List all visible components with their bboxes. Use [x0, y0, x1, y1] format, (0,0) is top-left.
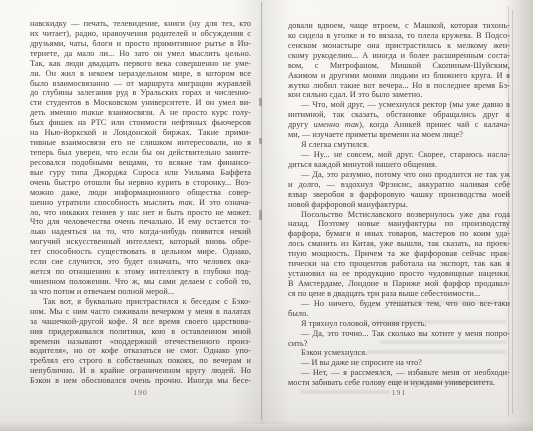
text-line: сти студентов в Московском университете.…	[30, 98, 251, 108]
right-page: довали вдвоем, чаще втроем, с Машкой, ко…	[288, 21, 510, 388]
text-line: мости забивать себе голову еще и нуждами…	[288, 378, 510, 388]
text-line: фарфора, бумаги и иных товаров, мастеров…	[288, 229, 510, 239]
text-line: лось сманить из Китая, уже вышли, так ск…	[288, 239, 510, 249]
page-stack-edge	[512, 10, 513, 414]
text-line: бых фишек на РТС или стоимости нефтяных …	[30, 118, 251, 128]
text-line: тернете, да мало ли... Но зато он умел м…	[30, 49, 251, 59]
text-line: можно даже, люди информационного обществ…	[30, 188, 251, 198]
book-photo: навскидку — печать, телевидение, книги (…	[0, 0, 533, 431]
text-line: — Да, это точно... Так сколько вы хотите…	[288, 329, 510, 339]
text-line: очень быстро отошли бы нервно курить в с…	[30, 178, 251, 188]
text-line: интимной, так сказать, обстановке обраща…	[288, 110, 510, 120]
text-line: ли. Он жил в некоем нераздельном мире, в…	[30, 69, 251, 79]
text-line: сить?	[288, 339, 510, 349]
text-line: — Что, мой друг, — усмехнулся ректор (мы…	[288, 100, 510, 110]
text-line: В Амстердаме, Лондоне и Париже мой фарфо…	[288, 279, 510, 289]
text-line: и долго, — вздохнул Фрэнсис, аккуратно н…	[288, 180, 510, 190]
text-line: тически на сто процентов работала на экс…	[288, 259, 510, 269]
text-line: диться каждой минутой нашего общения.	[288, 160, 510, 170]
text-line: если сие случится, это будет означать, ч…	[30, 257, 251, 267]
text-line: Акимом и другими моими людьми из ближнег…	[288, 71, 510, 81]
text-line: было.	[288, 309, 510, 319]
text-line: жутко любил такие вот вечера... Но в пос…	[288, 81, 510, 91]
text-line: деть именно такие взаимосвязи. А не прос…	[30, 108, 251, 118]
text-line: до глубины залегания руд в Уральских гор…	[30, 88, 251, 98]
text-line: сенском монастыре она пристрастилась к м…	[288, 41, 510, 51]
text-line: Посольство Мстиславского возвернулось уж…	[288, 210, 510, 220]
page-number: 191	[288, 388, 510, 397]
text-line: — Но ничего, будем утешаться тем, что он…	[288, 299, 510, 309]
text-line: друзьями, чаты, блоги и просто примитивн…	[30, 39, 251, 49]
text-line: ло, что никаких гениев у нас нет и быть …	[30, 208, 251, 218]
text-line: Я слегка смутился.	[288, 140, 510, 150]
text-line: другу именно так), когда Аникей принес ч…	[288, 120, 510, 130]
text-line: ния придерживался политики, кою в оставл…	[30, 327, 251, 337]
text-line: Бэкон в нем обосновался очень прочно. Ин…	[30, 376, 251, 386]
text-line: ми, — изучаете приметы времени на моем л…	[288, 130, 510, 140]
text-line: за чашечкой-другой кофе. Я все время сво…	[30, 317, 251, 327]
text-line: скому рукоделию... А иногда и более расш…	[288, 51, 510, 61]
gutter-page-mark	[259, 138, 262, 144]
text-line: тивные взаимосвязи его не слишком интере…	[30, 138, 251, 148]
text-line: за что потом и отвечаем полной мерой...	[30, 287, 251, 297]
text-line: тет способность существовать в цельном м…	[30, 247, 251, 257]
text-line: их читает), радио, нравоучения родителей…	[30, 29, 251, 39]
text-line: было взаимосвязанно — от маршрута миграц…	[30, 79, 251, 89]
text-line: ресовался подобными вещами, то всякие та…	[30, 158, 251, 168]
text-line: новой фарфоровой мануфактуры.	[288, 200, 510, 210]
text-line: — И вы даже не спросите на что?	[288, 358, 510, 368]
text-line: установил на ее продукцию просто чудовищ…	[288, 269, 510, 279]
text-line: кон сильно сдал. И это было заметно.	[288, 90, 510, 100]
text-line: лько надеяться на то, что когда-нибудь п…	[30, 227, 251, 237]
text-line: навскидку — печать, телевидение, книги (…	[30, 19, 251, 29]
text-line: — Нет, — я рассмеялся, — избавьте меня о…	[288, 368, 510, 378]
text-line: непублично. И в крайне ограниченном круг…	[30, 366, 251, 376]
text-line: треблял его строго в собственных покоях,…	[30, 356, 251, 366]
text-line: вые гуру типа Джорджа Сороса или Уильяма…	[30, 168, 251, 178]
text-line: довали вдвоем, чаще втроем, с Машкой, ко…	[288, 21, 510, 31]
text-line: могучий искусственный интеллект, который…	[30, 237, 251, 247]
text-line: Бэкон усмехнулся.	[288, 348, 510, 358]
gutter-page-mark	[259, 98, 262, 106]
text-line: шенно утратили способность мыслить так. …	[30, 198, 251, 208]
text-line: — Да, это разумно, потому что оно продли…	[288, 170, 510, 180]
text-line: вом, с Митрофаном, Мишкой Скопиным-Шуйск…	[288, 61, 510, 71]
text-line: ном. Мы с ним часто сиживали вечерком у …	[30, 307, 251, 317]
text-line: водителя», но от кофе отказаться не смог…	[30, 346, 251, 356]
text-line: теперь был уверен, что если бы он действ…	[30, 148, 251, 158]
text-line: Я тряхнул головой, отгоняя грусть.	[288, 319, 510, 329]
left-page: навскидку — печать, телевидение, книги (…	[30, 19, 251, 386]
text-line: — Ну... не совсем, мой друг. Скорее, ста…	[288, 150, 510, 160]
gutter-page-mark	[259, 210, 262, 220]
text-line: тную мощность. Причем та же фарфоровая с…	[288, 249, 510, 259]
text-line: чиненном положении. Что ж, мы сами делае…	[30, 277, 251, 287]
text-line: жется по отношению к этому интеллекту в …	[30, 267, 251, 277]
text-line: на Нью-йоркской и Лондонской биржах. Так…	[30, 128, 251, 138]
text-line: Так, как люди двадцать первого века сове…	[30, 59, 251, 69]
text-line: Так вот, я буквально пристрастился к бес…	[30, 297, 251, 307]
text-line: ся по цене в двадцать три раза выше себе…	[288, 289, 510, 299]
page-number: 190	[30, 388, 251, 397]
text-line: взвар зверобоя в фарфоровую чашку произв…	[288, 190, 510, 200]
text-line: ко сидела в уголке и то вязала, то плела…	[288, 31, 510, 41]
text-line: Что для человечества очень печально. И е…	[30, 217, 251, 227]
text-line: времени называют «поддержкой отечественн…	[30, 337, 251, 347]
text-line: назад. Поэтому новые мануфактуры по прои…	[288, 219, 510, 229]
